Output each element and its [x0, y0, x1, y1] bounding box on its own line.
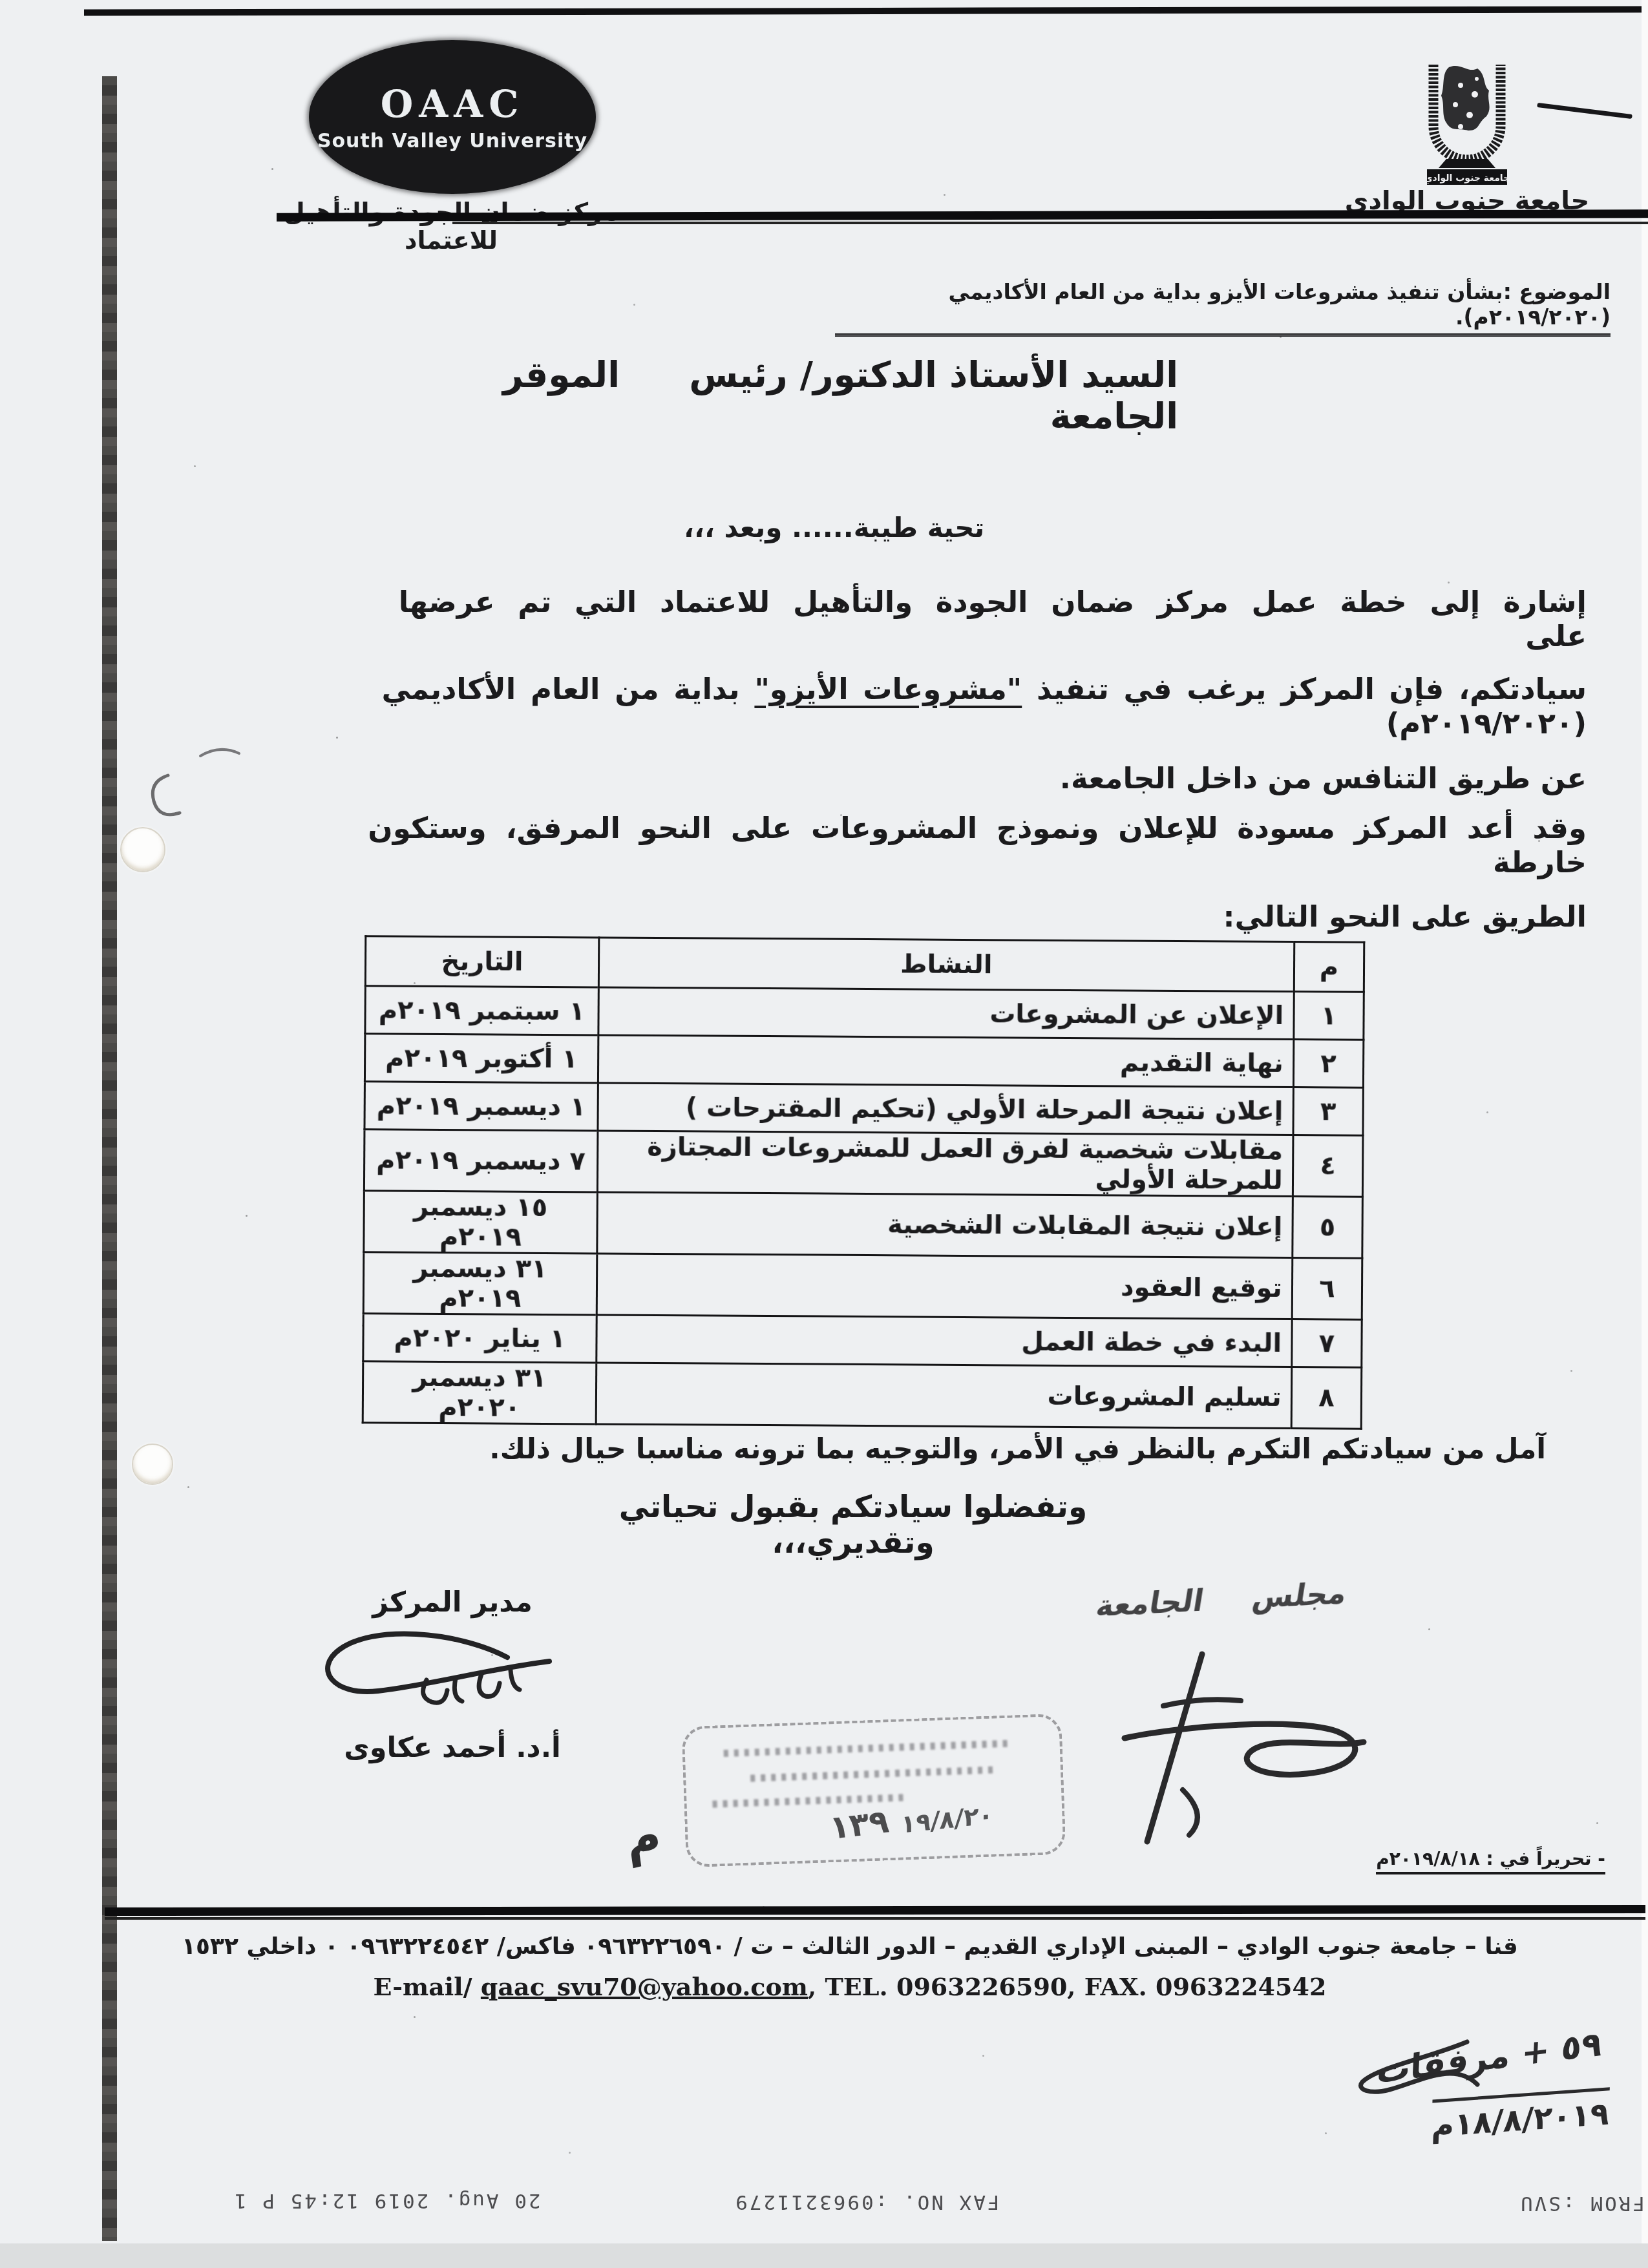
row-activity: مقابلات شخصية لفرق العمل للمشروعات المجت… — [597, 1131, 1293, 1197]
scan-scratch-mark — [1537, 103, 1632, 119]
stamp-illegible-text — [724, 1740, 1008, 1757]
issue-date-text: - تحريراً في : ٢٠١٩/٨/١٨م — [1376, 1848, 1605, 1874]
greeting-line: تحية طيبة...... وبعد ،،، — [684, 512, 984, 543]
stamp-handwritten-date: ١٩/٨/٢٠ — [900, 1800, 993, 1838]
table-header-row: م النشاط التاريخ — [365, 936, 1364, 992]
header-date: التاريخ — [365, 936, 598, 987]
paper-bottom-edge — [0, 2243, 1648, 2268]
handwritten-council-note: مجلس الجامعة — [1006, 1570, 1437, 1628]
roadmap-schedule-table: م النشاط التاريخ ١ الإعلان عن المشروعات … — [362, 935, 1366, 1429]
footer-divider-rule-thin — [105, 1917, 1645, 1920]
stamp-handwritten-number: ١٣٩ — [828, 1802, 891, 1847]
row-activity: إعلان نتيجة المقابلات الشخصية — [597, 1192, 1293, 1258]
fax-sender: FROM :SVU — [1519, 2192, 1645, 2215]
president-signature — [1086, 1628, 1396, 1861]
row-serial: ٣ — [1293, 1087, 1364, 1136]
issue-date-line: - تحريراً في : ٢٠١٩/٨/١٨م — [1376, 1848, 1605, 1869]
para1-line2-pre: سيادتكم، فإن المركز يرغب في تنفيذ — [1022, 672, 1587, 706]
table-row: ٥ إعلان نتيجة المقابلات الشخصية ١٥ ديسمب… — [364, 1191, 1363, 1258]
footer-divider-rule — [105, 1905, 1645, 1916]
stamp-handwritten-mim: م — [622, 1805, 664, 1869]
oaac-logo-name-ar: مركز ضمان الجودة والتأهيل للاعتماد — [264, 198, 639, 255]
body-paragraph2-line1: وقد أعد المركز مسودة للإعلان ونموذج المش… — [317, 811, 1587, 879]
subject-text: الموضوع :بشأن تنفيذ مشروعات الأيزو بداية… — [835, 279, 1611, 337]
oaac-logo-acronym: OAAC — [381, 82, 525, 126]
hole-punch — [132, 1444, 173, 1485]
university-emblem: جامعة جنوب الوادي — [1415, 57, 1519, 189]
signer-title: مدير المركز — [336, 1586, 569, 1619]
table-row: ٨ تسليم المشروعات ٣١ ديسمبر ٢٠٢٠م — [363, 1361, 1362, 1429]
pen-arc-marks — [129, 737, 297, 866]
header-serial: م — [1294, 942, 1364, 992]
recipient-heading: السيد الأستاذ الدكتور/ رئيس الجامعة المو… — [503, 354, 1178, 437]
oaac-logo-name-en: South Valley University — [317, 130, 587, 152]
row-activity: تسليم المشروعات — [596, 1363, 1291, 1429]
body-paragraph1-line2: سيادتكم، فإن المركز يرغب في تنفيذ "مشروع… — [294, 672, 1587, 740]
row-serial: ١ — [1294, 992, 1364, 1040]
stamp-illegible-text — [750, 1766, 996, 1781]
row-date: ١ ديسمبر ٢٠١٩م — [364, 1082, 598, 1131]
row-activity: نهاية التقديم — [598, 1035, 1293, 1087]
oaac-logo: OAAC South Valley University — [309, 40, 596, 194]
row-serial: ٧ — [1291, 1319, 1362, 1368]
table-row: ٣ إعلان نتيجة المرحلة الأولي (تحكيم المق… — [364, 1082, 1363, 1135]
paper-right-margin — [1642, 0, 1648, 2268]
row-date: ١ سبتمبر ٢٠١٩م — [365, 986, 598, 1035]
row-serial: ٨ — [1291, 1367, 1362, 1429]
scan-noise-speckles — [0, 0, 2, 2]
row-activity: الإعلان عن المشروعات — [598, 987, 1294, 1040]
row-serial: ٥ — [1292, 1197, 1362, 1259]
footer-contact-line: E-mail/ qaac_svu70@yahoo.com, TEL. 09632… — [107, 1972, 1593, 2001]
fax-number: FAX NO. :0963211279 — [734, 2190, 1000, 2214]
header-activity: النشاط — [598, 938, 1294, 992]
received-stamp: ١٣٩ ١٩/٨/٢٠ — [681, 1714, 1066, 1867]
closing-request-line: آمل من سيادتكم التكرم بالنظر في الأمر، و… — [253, 1433, 1546, 1465]
table-row: ٢ نهاية التقديم ١ أكتوبر ٢٠١٩م — [364, 1034, 1363, 1087]
row-date: ٣١ ديسمبر ٢٠١٩م — [363, 1252, 597, 1315]
recipient-main: السيد الأستاذ الدكتور/ رئيس الجامعة — [620, 354, 1178, 437]
body-paragraph1-line1: إشارة إلى خطة عمل مركز ضمان الجودة والتأ… — [317, 585, 1587, 653]
row-serial: ٤ — [1293, 1135, 1363, 1197]
signer-name: أ.د. أحمد عكاوى — [304, 1732, 601, 1764]
row-activity: توقيع العقود — [597, 1254, 1292, 1319]
director-signature — [294, 1619, 565, 1728]
closing-salutation-line: وتفضلوا سيادتكم بقبول تحياتي وتقديري،،، — [585, 1489, 1121, 1560]
email-address[interactable]: qaac_svu70@yahoo.com — [481, 1972, 808, 2001]
subject-line: الموضوع :بشأن تنفيذ مشروعات الأيزو بداية… — [835, 279, 1611, 337]
row-date: ١ يناير ٢٠٢٠م — [363, 1314, 597, 1363]
table-row: ٤ مقابلات شخصية لفرق العمل للمشروعات الم… — [364, 1129, 1363, 1197]
row-activity: إعلان نتيجة المرحلة الأولي (تحكيم المقتر… — [598, 1083, 1293, 1135]
emblem-banner-text: جامعة جنوب الوادي — [1424, 173, 1510, 184]
row-serial: ٢ — [1293, 1040, 1364, 1088]
footer-address-line: قنا – جامعة جنوب الوادي – المبنى الإداري… — [107, 1933, 1593, 1960]
row-date: ٣١ ديسمبر ٢٠٢٠م — [363, 1361, 596, 1424]
recipient-honorific: الموقر — [503, 354, 620, 437]
body-paragraph2-line2: الطريق على النحو التالي: — [317, 899, 1587, 934]
scan-top-edge-line — [84, 6, 1648, 16]
row-date: ١ أكتوبر ٢٠١٩م — [364, 1034, 598, 1083]
row-date: ٧ ديسمبر ٢٠١٩م — [364, 1129, 597, 1192]
table-row: ٦ توقيع العقود ٣١ ديسمبر ٢٠١٩م — [363, 1252, 1362, 1319]
row-date: ١٥ ديسمبر ٢٠١٩م — [364, 1191, 597, 1254]
table-row: ٧ البدء في خطة العمل ١ يناير ٢٠٢٠م — [363, 1314, 1362, 1367]
body-paragraph1-line3: عن طريق التنافس من داخل الجامعة. — [317, 761, 1587, 795]
email-label: E-mail/ — [374, 1972, 481, 2001]
header-divider-rule-thin — [452, 222, 1648, 224]
iso-projects-quoted: "مشروعات الأيزو" — [754, 672, 1022, 706]
scan-left-edge-bar — [102, 76, 117, 2241]
row-serial: ٦ — [1292, 1258, 1362, 1320]
table-row: ١ الإعلان عن المشروعات ١ سبتمبر ٢٠١٩م — [365, 986, 1364, 1040]
handwritten-note-loop — [1351, 2022, 1480, 2100]
fax-timestamp: 20 Aug. 2019 12:45 P 1 — [233, 2189, 541, 2212]
row-activity: البدء في خطة العمل — [597, 1315, 1292, 1367]
scanned-letter-page: OAAC South Valley University مركز ضمان ا… — [0, 0, 1648, 2268]
footer-tel-fax: , TEL. 0963226590, FAX. 0963224542 — [808, 1972, 1326, 2001]
